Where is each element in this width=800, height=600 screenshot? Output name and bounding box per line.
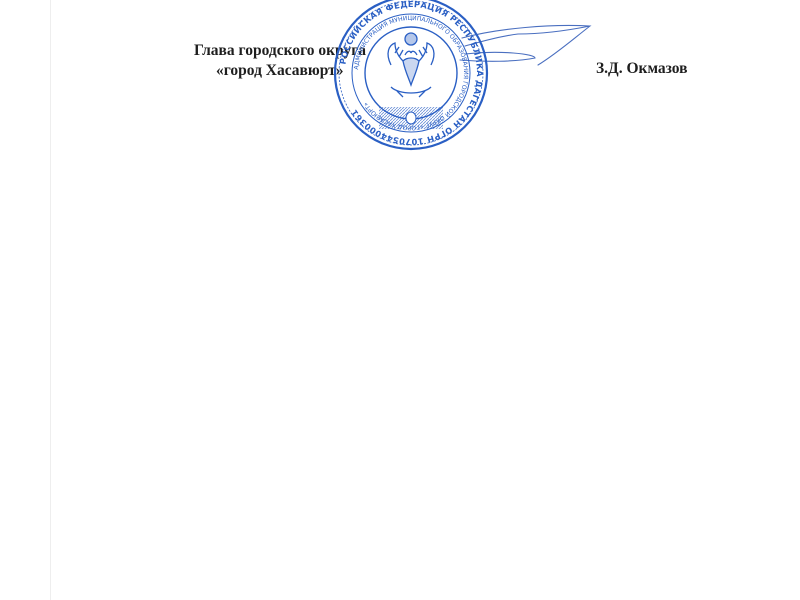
official-seal-stamp: РОССИЙСКАЯ ФЕДЕРАЦИЯ РЕСПУБЛИКА ДАГЕСТАН… (333, 0, 489, 151)
margin-line (50, 0, 51, 600)
